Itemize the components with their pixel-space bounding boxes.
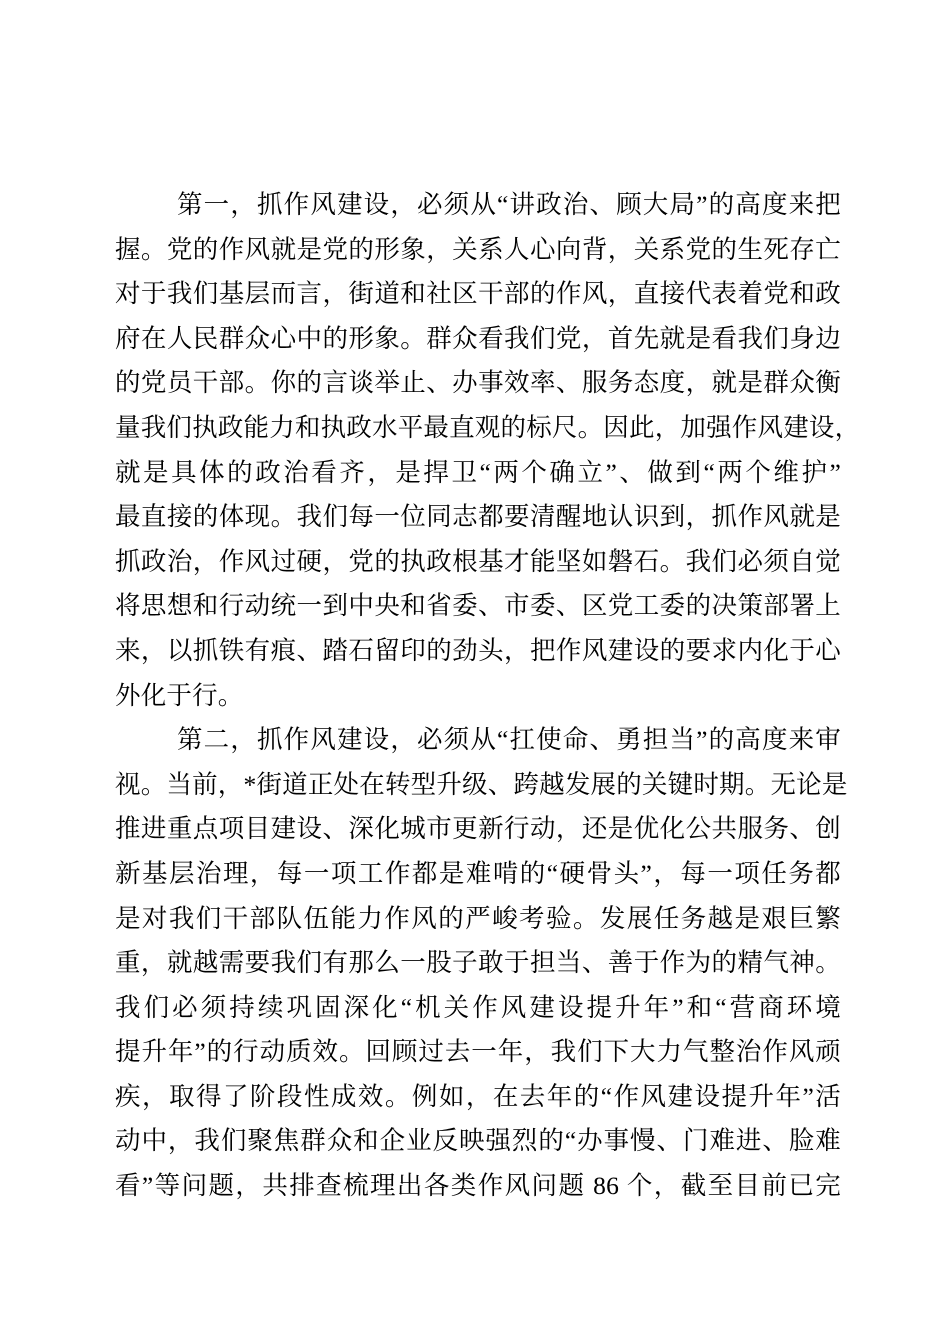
document-body: 第一，抓作风建设，必须从“讲政治、顾大局”的高度来把握。党的作风就是党的形象，关… <box>115 183 841 1209</box>
text-line: 动中，我们聚焦群众和企业反映强烈的“办事慢、门难进、脸难 <box>115 1119 841 1164</box>
text-line: 新基层治理，每一项工作都是难啃的“硬骨头”，每一项任务都 <box>115 852 841 897</box>
text-line: 来，以抓铁有痕、踏石留印的劲头，把作风建设的要求内化于心 <box>115 629 841 674</box>
paragraph-1: 第一，抓作风建设，必须从“讲政治、顾大局”的高度来把握。党的作风就是党的形象，关… <box>115 183 841 718</box>
text-line: 重，就越需要我们有那么一股子敢于担当、善于作为的精气神。 <box>115 941 841 986</box>
text-line: 外化于行。 <box>115 674 841 719</box>
text-line: 量我们执政能力和执政水平最直观的标尺。因此，加强作风建设， <box>115 406 841 451</box>
document-page: 第一，抓作风建设，必须从“讲政治、顾大局”的高度来把握。党的作风就是党的形象，关… <box>0 0 950 1344</box>
text-line: 第一，抓作风建设，必须从“讲政治、顾大局”的高度来把 <box>115 183 841 228</box>
text-line: 我们必须持续巩固深化“机关作风建设提升年”和“营商环境 <box>115 986 841 1031</box>
text-line: 看”等问题，共排查梳理出各类作风问题 86 个，截至目前已完 <box>115 1164 841 1209</box>
text-line: 提升年”的行动质效。回顾过去一年，我们下大力气整治作风顽 <box>115 1030 841 1075</box>
text-line: 最直接的体现。我们每一位同志都要清醒地认识到，抓作风就是 <box>115 495 841 540</box>
text-line: 府在人民群众心中的形象。群众看我们党，首先就是看我们身边 <box>115 317 841 362</box>
text-line: 疾，取得了阶段性成效。例如，在去年的“作风建设提升年”活 <box>115 1075 841 1120</box>
text-line: 推进重点项目建设、深化城市更新行动，还是优化公共服务、创 <box>115 807 841 852</box>
text-line: 是对我们干部队伍能力作风的严峻考验。发展任务越是艰巨繁 <box>115 897 841 942</box>
text-line: 第二，抓作风建设，必须从“扛使命、勇担当”的高度来审 <box>115 718 841 763</box>
text-line: 视。当前，*街道正处在转型升级、跨越发展的关键时期。无论是 <box>115 763 841 808</box>
text-line: 将思想和行动统一到中央和省委、市委、区党工委的决策部署上 <box>115 584 841 629</box>
text-line: 对于我们基层而言，街道和社区干部的作风，直接代表着党和政 <box>115 272 841 317</box>
text-line: 抓政治，作风过硬，党的执政根基才能坚如磐石。我们必须自觉 <box>115 540 841 585</box>
text-line: 就是具体的政治看齐，是捍卫“两个确立”、做到“两个维护” <box>115 451 841 496</box>
text-line: 的党员干部。你的言谈举止、办事效率、服务态度，就是群众衡 <box>115 361 841 406</box>
paragraph-2: 第二，抓作风建设，必须从“扛使命、勇担当”的高度来审视。当前，*街道正处在转型升… <box>115 718 841 1209</box>
text-line: 握。党的作风就是党的形象，关系人心向背，关系党的生死存亡 <box>115 228 841 273</box>
